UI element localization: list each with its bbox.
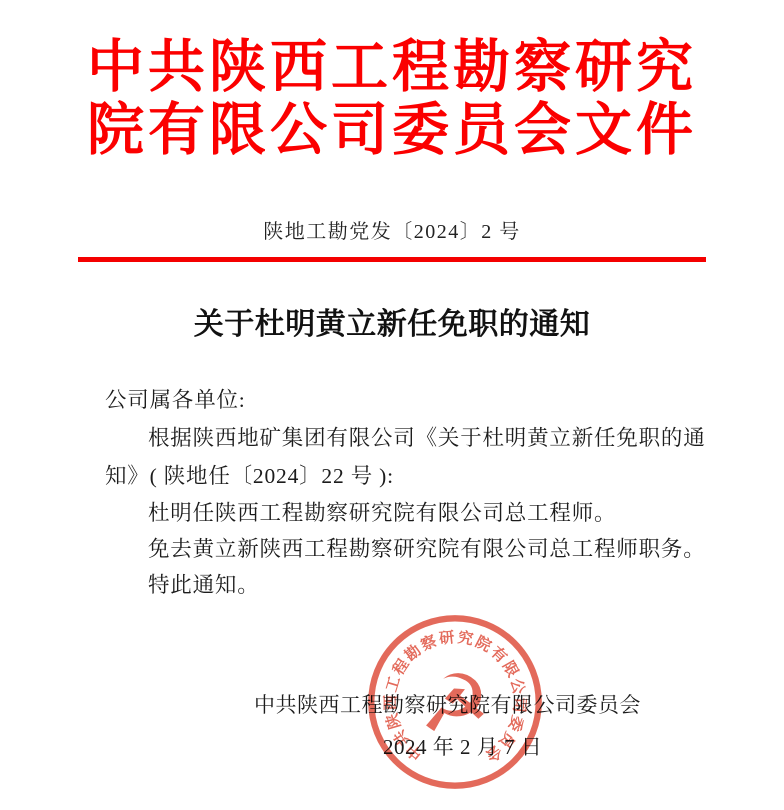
body-salutation: 公司属各单位: [105, 387, 705, 413]
document-page: 中共陕西工程勘察研究 院有限公司委员会文件 陕地工勘党发〔2024〕2 号 关于… [0, 0, 784, 810]
official-seal: 中共陕西工程勘察研究院有限公司委员会 ☭ [365, 612, 545, 792]
body-line: 杜明任陕西工程勘察研究院有限公司总工程师。 [105, 500, 748, 526]
body-line: 知》( 陕地任〔2024〕22 号 ): [105, 463, 705, 489]
body-line: 免去黄立新陕西工程勘察研究院有限公司总工程师职务。 [105, 536, 748, 562]
document-title: 关于杜明黄立新任免职的通知 [0, 299, 784, 343]
letterhead-line-1: 中共陕西工程勘察研究 [0, 38, 784, 98]
hammer-sickle-icon: ☭ [420, 657, 491, 750]
letterhead-line-2: 院有限公司委员会文件 [0, 101, 784, 161]
body-line: 根据陕西地矿集团有限公司《关于杜明黄立新任免职的通 [105, 425, 748, 451]
document-number: 陕地工勘党发〔2024〕2 号 [0, 215, 784, 244]
red-divider-line [78, 257, 706, 262]
body-closing: 特此通知。 [105, 572, 748, 598]
